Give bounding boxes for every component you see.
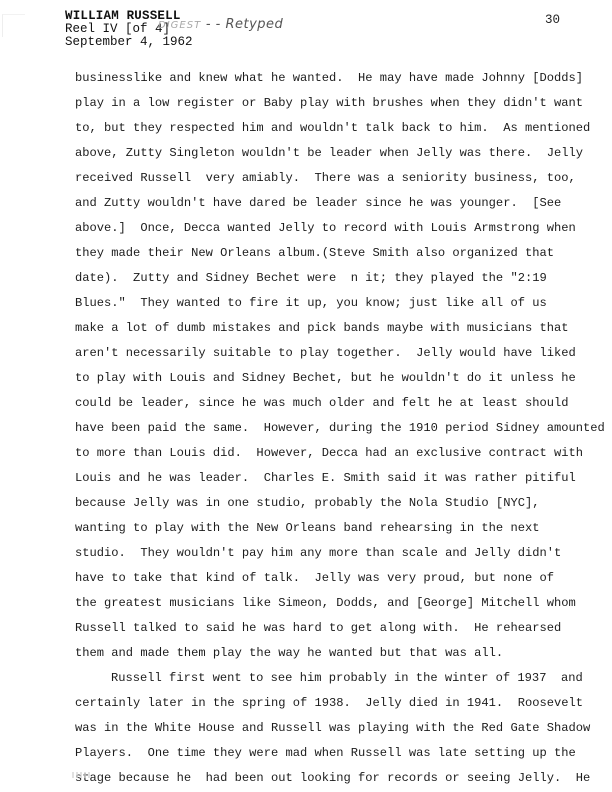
transcript-line: Louis and he was leader. Charles E. Smit… (75, 466, 605, 491)
transcript-line: Russell talked to said he was hard to ge… (75, 616, 605, 641)
transcript-line: to, but they respected him and wouldn't … (75, 116, 605, 141)
interview-date: September 4, 1962 (65, 36, 193, 49)
transcript-line: Russell first went to see him probably i… (75, 666, 605, 691)
transcript-line: above.] Once, Decca wanted Jelly to reco… (75, 216, 605, 241)
transcript-line: play in a low register or Baby play with… (75, 91, 605, 116)
transcript-line: them and made them play the way he wante… (75, 641, 605, 666)
annotation-separator: - - (206, 17, 221, 32)
transcript-line: wanting to play with the New Orleans ban… (75, 516, 605, 541)
transcript-line: studio. They wouldn't pay him any more t… (75, 541, 605, 566)
transcript-line: because Jelly was in one studio, probabl… (75, 491, 605, 516)
transcript-line: make a lot of dumb mistakes and pick ban… (75, 316, 605, 341)
handwritten-annotation: DIGEST - - Retyped (158, 17, 283, 32)
transcript-line: and Zutty wouldn't have dared be leader … (75, 191, 605, 216)
transcript-line: certainly later in the spring of 1938. J… (75, 691, 605, 716)
transcript-line: could be leader, since he was much older… (75, 391, 605, 416)
transcript-line: have been paid the same. However, during… (75, 416, 605, 441)
transcript-body: businesslike and knew what he wanted. He… (75, 66, 605, 791)
scan-smudge (72, 772, 90, 778)
transcript-line: received Russell very amiably. There was… (75, 166, 605, 191)
transcript-line: stage because he had been out looking fo… (75, 766, 605, 791)
transcript-line: Players. One time they were mad when Rus… (75, 741, 605, 766)
transcript-line: they made their New Orleans album.(Steve… (75, 241, 605, 266)
transcript-line: Blues." They wanted to fire it up, you k… (75, 291, 605, 316)
transcript-line: to play with Louis and Sidney Bechet, bu… (75, 366, 605, 391)
transcript-line: have to take that kind of talk. Jelly wa… (75, 566, 605, 591)
annotation-retyped: Retyped (225, 17, 283, 32)
transcript-line: above, Zutty Singleton wouldn't be leade… (75, 141, 605, 166)
scan-edge-mark (2, 14, 25, 37)
annotation-faint-text: DIGEST (158, 20, 201, 31)
transcript-line: date). Zutty and Sidney Bechet were n it… (75, 266, 605, 291)
transcript-line: to more than Louis did. However, Decca h… (75, 441, 605, 466)
transcript-line: aren't necessarily suitable to play toge… (75, 341, 605, 366)
transcript-line: the greatest musicians like Simeon, Dodd… (75, 591, 605, 616)
transcript-line: businesslike and knew what he wanted. He… (75, 66, 605, 91)
page-number: 30 (545, 13, 560, 27)
transcript-line: was in the White House and Russell was p… (75, 716, 605, 741)
